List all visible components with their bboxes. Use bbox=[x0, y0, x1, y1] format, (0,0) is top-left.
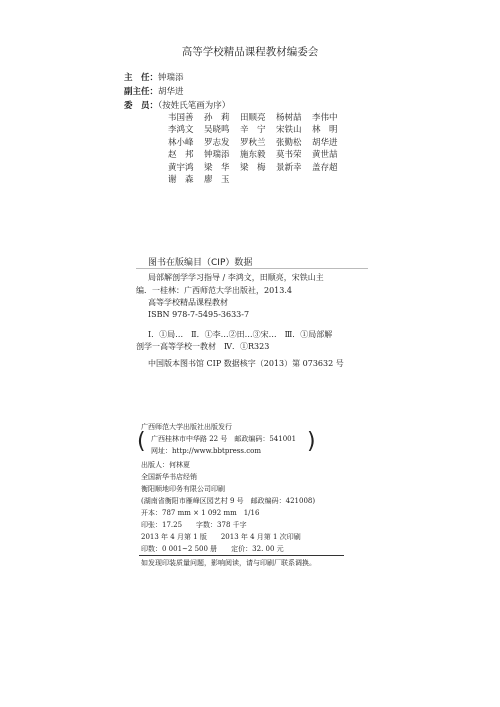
vice-director-line: 副主任：胡华进 bbox=[124, 86, 184, 98]
sheets-word-count: 印张：17.25 字数：378 千字 bbox=[141, 519, 247, 531]
member-name: 吴晓鸣 bbox=[204, 124, 240, 136]
members-label: 委 员： bbox=[124, 101, 158, 111]
members-row: 黄宇鸿 梁 华 梁 梅 景新幸 盖存超 bbox=[168, 162, 348, 174]
member-name: 李伟中 bbox=[312, 112, 348, 124]
cip-number: 中国版本图书馆 CIP 数据核字（2013）第 073632 号 bbox=[148, 358, 344, 370]
member-name: 林 明 bbox=[312, 124, 348, 136]
cip-line-6: 剖学一高等学校一教材 Ⅳ．①R323 bbox=[136, 341, 269, 353]
member-name: 廖 玉 bbox=[204, 174, 240, 186]
notice-divider bbox=[139, 555, 344, 556]
members-row: 谢 森 廖 玉 bbox=[168, 174, 348, 186]
member-name: 梁 华 bbox=[204, 162, 240, 174]
print-run-price: 印数：0 001~2 500 册 定价：32. 00 元 bbox=[141, 543, 284, 555]
left-parenthesis: ( bbox=[137, 429, 146, 454]
cip-line-5: Ⅰ．①局… Ⅱ．①李…②田…③宋… Ⅲ．①局部解 bbox=[148, 329, 332, 341]
members-row: 林小峰 罗志发 罗秋兰 张勤松 胡华进 bbox=[168, 137, 348, 149]
cip-line-2: 编．一桂林：广西师范大学出版社，2013.4 bbox=[136, 285, 292, 297]
members-row: 李鸿文 吴晓鸣 辛 宁 宋铁山 林 明 bbox=[168, 124, 348, 136]
member-name: 景新幸 bbox=[276, 162, 312, 174]
publisher-address: 广西桂林市中华路 22 号 邮政编码：541001 bbox=[151, 433, 296, 445]
cip-title: 图书在版编目（CIP）数据 bbox=[148, 255, 252, 268]
member-name: 辛 宁 bbox=[240, 124, 276, 136]
distributor: 全国新华书店经销 bbox=[141, 471, 197, 483]
publisher: 广西师范大学出版社出版发行 bbox=[141, 421, 232, 433]
quality-notice: 如发现印装质量问题，影响阅读，请与印刷厂联系调换。 bbox=[141, 557, 316, 569]
member-name: 钟瑞添 bbox=[204, 149, 240, 161]
member-name: 胡华进 bbox=[312, 137, 348, 149]
member-name: 田顺亮 bbox=[240, 112, 276, 124]
member-name: 梁 梅 bbox=[240, 162, 276, 174]
vice-director-name: 胡华进 bbox=[158, 87, 184, 97]
member-name: 韦国善 bbox=[168, 112, 204, 124]
member-name: 宋铁山 bbox=[276, 124, 312, 136]
cip-line-3: 高等学校精品课程教材 bbox=[148, 297, 228, 309]
members-row: 赵 邦 钟瑞添 施东毅 莫书荣 黄世喆 bbox=[168, 149, 348, 161]
vice-director-label: 副主任： bbox=[124, 87, 158, 97]
member-name: 林小峰 bbox=[168, 137, 204, 149]
member-name: 张勤松 bbox=[276, 137, 312, 149]
member-name: 施东毅 bbox=[240, 149, 276, 161]
printer: 衡阳顺地印务有限公司印刷 bbox=[141, 483, 225, 495]
director-label: 主 任： bbox=[124, 73, 158, 83]
cip-line-1: 局部解剖学学习指导 / 李鸿文，田顺亮，宋铁山主 bbox=[148, 272, 324, 284]
member-name: 赵 邦 bbox=[168, 149, 204, 161]
members-row: 韦国善 孙 莉 田顺亮 杨树喆 李伟中 bbox=[168, 112, 348, 124]
member-name: 罗秋兰 bbox=[240, 137, 276, 149]
member-name: 盖存超 bbox=[312, 162, 348, 174]
member-name: 杨树喆 bbox=[276, 112, 312, 124]
members-grid: 韦国善 孙 莉 田顺亮 杨树喆 李伟中 李鸿文 吴晓鸣 辛 宁 宋铁山 林 明 … bbox=[168, 112, 348, 186]
member-name: 莫书荣 bbox=[276, 149, 312, 161]
edition: 2013 年 4 月第 1 版 2013 年 4 月第 1 次印刷 bbox=[141, 531, 301, 543]
printer-address: (湖南省衡阳市雁峰区园艺村 9 号 邮政编码：421008) bbox=[141, 495, 315, 507]
member-name: 李鸿文 bbox=[168, 124, 204, 136]
format: 开本：787 mm × 1 092 mm 1/16 bbox=[141, 507, 259, 519]
cip-line-4: ISBN 978-7-5495-3633-7 bbox=[148, 309, 249, 321]
director-line: 主 任：钟瑞添 bbox=[124, 72, 184, 84]
member-name: 罗志发 bbox=[204, 137, 240, 149]
right-parenthesis: ) bbox=[307, 429, 316, 454]
member-name: 孙 莉 bbox=[204, 112, 240, 124]
committee-title: 高等学校精品课程教材编委会 bbox=[0, 44, 500, 59]
member-name: 谢 森 bbox=[168, 174, 204, 186]
cip-divider bbox=[136, 268, 368, 269]
publisher-website: 网址：http://www.bbtpress.com bbox=[151, 445, 261, 457]
member-name: 黄世喆 bbox=[312, 149, 348, 161]
director-name: 钟瑞添 bbox=[158, 73, 184, 83]
members-line: 委 员：（按姓氏笔画为序） bbox=[124, 100, 230, 112]
member-name: 黄宇鸿 bbox=[168, 162, 204, 174]
publisher-person: 出版人：何林夏 bbox=[141, 459, 190, 471]
members-note: （按姓氏笔画为序） bbox=[158, 101, 230, 111]
